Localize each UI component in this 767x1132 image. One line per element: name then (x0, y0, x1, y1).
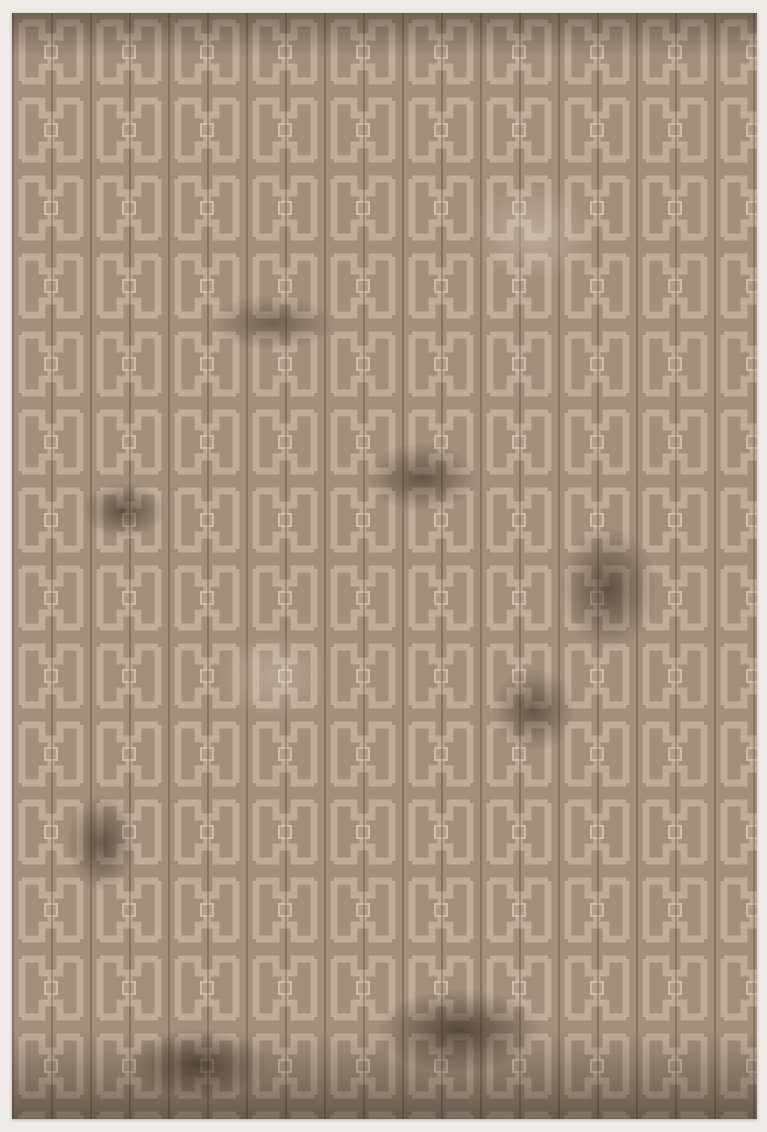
distressed-texture (12, 13, 757, 1119)
rug (12, 13, 757, 1119)
